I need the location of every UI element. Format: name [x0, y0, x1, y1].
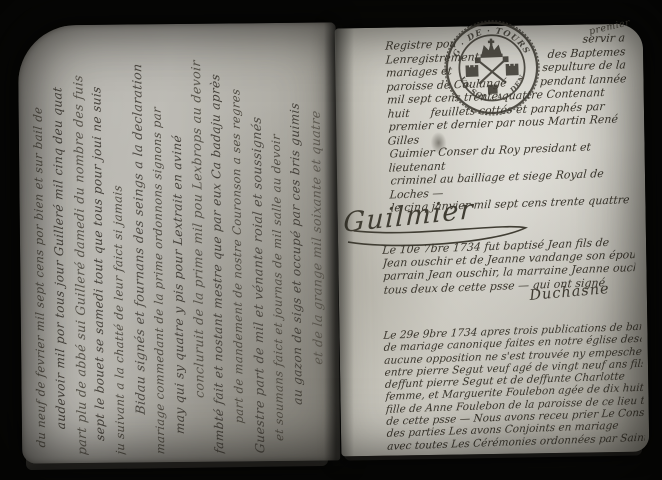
scepter-head-icon: [503, 57, 508, 62]
manuscript-line: et de la grange mil soixante et quatre: [305, 28, 329, 453]
rotated-manuscript-text: du neuf de fevrier mil sept cens por bie…: [28, 28, 330, 455]
scanned-register-photo: du neuf de fevrier mil sept cens por bie…: [0, 0, 662, 480]
fiscal-stamp: G · DE · TOURS VN SOL · 4 · DEN: [442, 18, 541, 117]
crown-band-icon: [481, 54, 502, 57]
header-line-right: servir a: [582, 31, 625, 46]
marriage-entry: Le 29e 9bre 1734 apres trois publication…: [383, 321, 645, 453]
scepter-head-icon: [475, 58, 480, 63]
right-page: premier G · DE · TOURS VN SOL · 4 · DEN: [335, 24, 650, 457]
left-page: du neuf de fevrier mil sept cens por bie…: [18, 22, 341, 463]
tower-right-icon: [506, 64, 518, 75]
tower-left-icon: [466, 66, 478, 77]
turret-bottom-icon: [488, 85, 497, 93]
right-page-content: premier G · DE · TOURS VN SOL · 4 · DEN: [331, 21, 654, 459]
crown-cross-icon: [488, 39, 494, 45]
baptism-entry: Le 10e 7bre 1734 fut baptisé Jean fils d…: [382, 235, 636, 310]
